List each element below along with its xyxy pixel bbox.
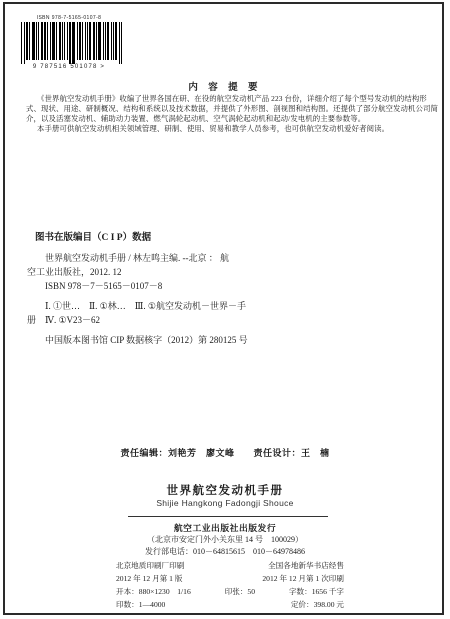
summary-line: 式、现状、用途、研制概况、结构和系统以及技术数据，并提供了外形图、剖视图和结构图… — [26, 104, 438, 114]
word-count: 字数：1656 千字 — [289, 585, 344, 598]
summary-heading: 内 容 提 要 — [0, 79, 450, 93]
publisher-name: 航空工业出版社出版发行 — [0, 521, 450, 534]
book-title: 世界航空发动机手册 — [0, 482, 450, 498]
edition: 2012 年 12 月第 1 版 — [116, 572, 182, 585]
cip-heading: 图书在版编目（C I P）数据 — [35, 229, 151, 243]
cip-line: ISBN 978－7－5165－0107－8 — [27, 279, 248, 293]
cip-line: 册 Ⅳ. ①V23－62 — [27, 313, 248, 327]
isbn-text-top: ISBN 978-7-5165-0107-8 — [18, 15, 120, 21]
summary-paragraph: 《世界航空发动机手册》收编了世界各国在研、在役的航空发动机产品 223 台份，详… — [26, 94, 438, 134]
book-title-pinyin: Shijie Hangkong Fadongji Shouce — [0, 498, 450, 508]
cip-block: 世界航空发动机手册 / 林左鸣主编. --北京 ： 航 空工业出版社，2012.… — [27, 251, 248, 347]
distributor: 全国各地新华书店经售 — [268, 559, 344, 572]
divider-rule — [128, 516, 328, 517]
sheets: 印张：50 — [225, 585, 255, 598]
copyright-page: ISBN 978-7-5165-0107-8 9 787516 501078 >… — [0, 0, 450, 619]
print-run: 印数：1—4000 — [116, 598, 165, 611]
publisher-address: （北京市安定门外小关东里 14 号 100029） — [0, 534, 450, 545]
printing-row: 北京地质印刷厂印刷 全国各地新华书店经售 — [116, 559, 344, 572]
isbn-number-bottom: 9 787516 501078 > — [18, 64, 120, 70]
printing-row: 印数：1—4000 定价：398.00 元 — [116, 598, 344, 611]
printer: 北京地质印刷厂印刷 — [116, 559, 184, 572]
cip-line: Ⅰ. ①世… Ⅱ. ①林… Ⅲ. ①航空发动机－世界－手 — [27, 299, 248, 313]
editors-credits: 责任编辑：刘艳芳 廖文峰 责任设计：王 楠 — [0, 446, 450, 459]
printing-row: 开本：880×1230 1/16 印张：50 字数：1656 千字 — [116, 585, 344, 598]
summary-line: 介，以及活塞发动机、辅助动力装置、燃气涡轮起动机、空气涡轮起动机和起动/发电机的… — [26, 114, 438, 124]
price: 定价：398.00 元 — [291, 598, 344, 611]
printing-info: 北京地质印刷厂印刷 全国各地新华书店经售 2012 年 12 月第 1 版 20… — [116, 559, 344, 611]
isbn-barcode: ISBN 978-7-5165-0107-8 9 787516 501078 > — [18, 15, 120, 70]
barcode-bars — [21, 22, 117, 64]
cip-record-number: 中国版本图书馆 CIP 数据核字（2012）第 280125 号 — [27, 333, 248, 347]
impression: 2012 年 12 月第 1 次印刷 — [262, 572, 344, 585]
cip-line: 空工业出版社，2012. 12 — [27, 265, 248, 279]
printing-row: 2012 年 12 月第 1 版 2012 年 12 月第 1 次印刷 — [116, 572, 344, 585]
publisher-phone: 发行部电话：010－64815615 010－64978486 — [0, 546, 450, 557]
summary-line: 本手册可供航空发动机相关领域管理、研制、使用、贸易和教学人员参考，也可供航空发动… — [26, 124, 438, 134]
summary-line: 《世界航空发动机手册》收编了世界各国在研、在役的航空发动机产品 223 台份，详… — [26, 94, 438, 104]
format: 开本：880×1230 1/16 — [116, 585, 191, 598]
cip-line: 世界航空发动机手册 / 林左鸣主编. --北京 ： 航 — [27, 251, 248, 265]
